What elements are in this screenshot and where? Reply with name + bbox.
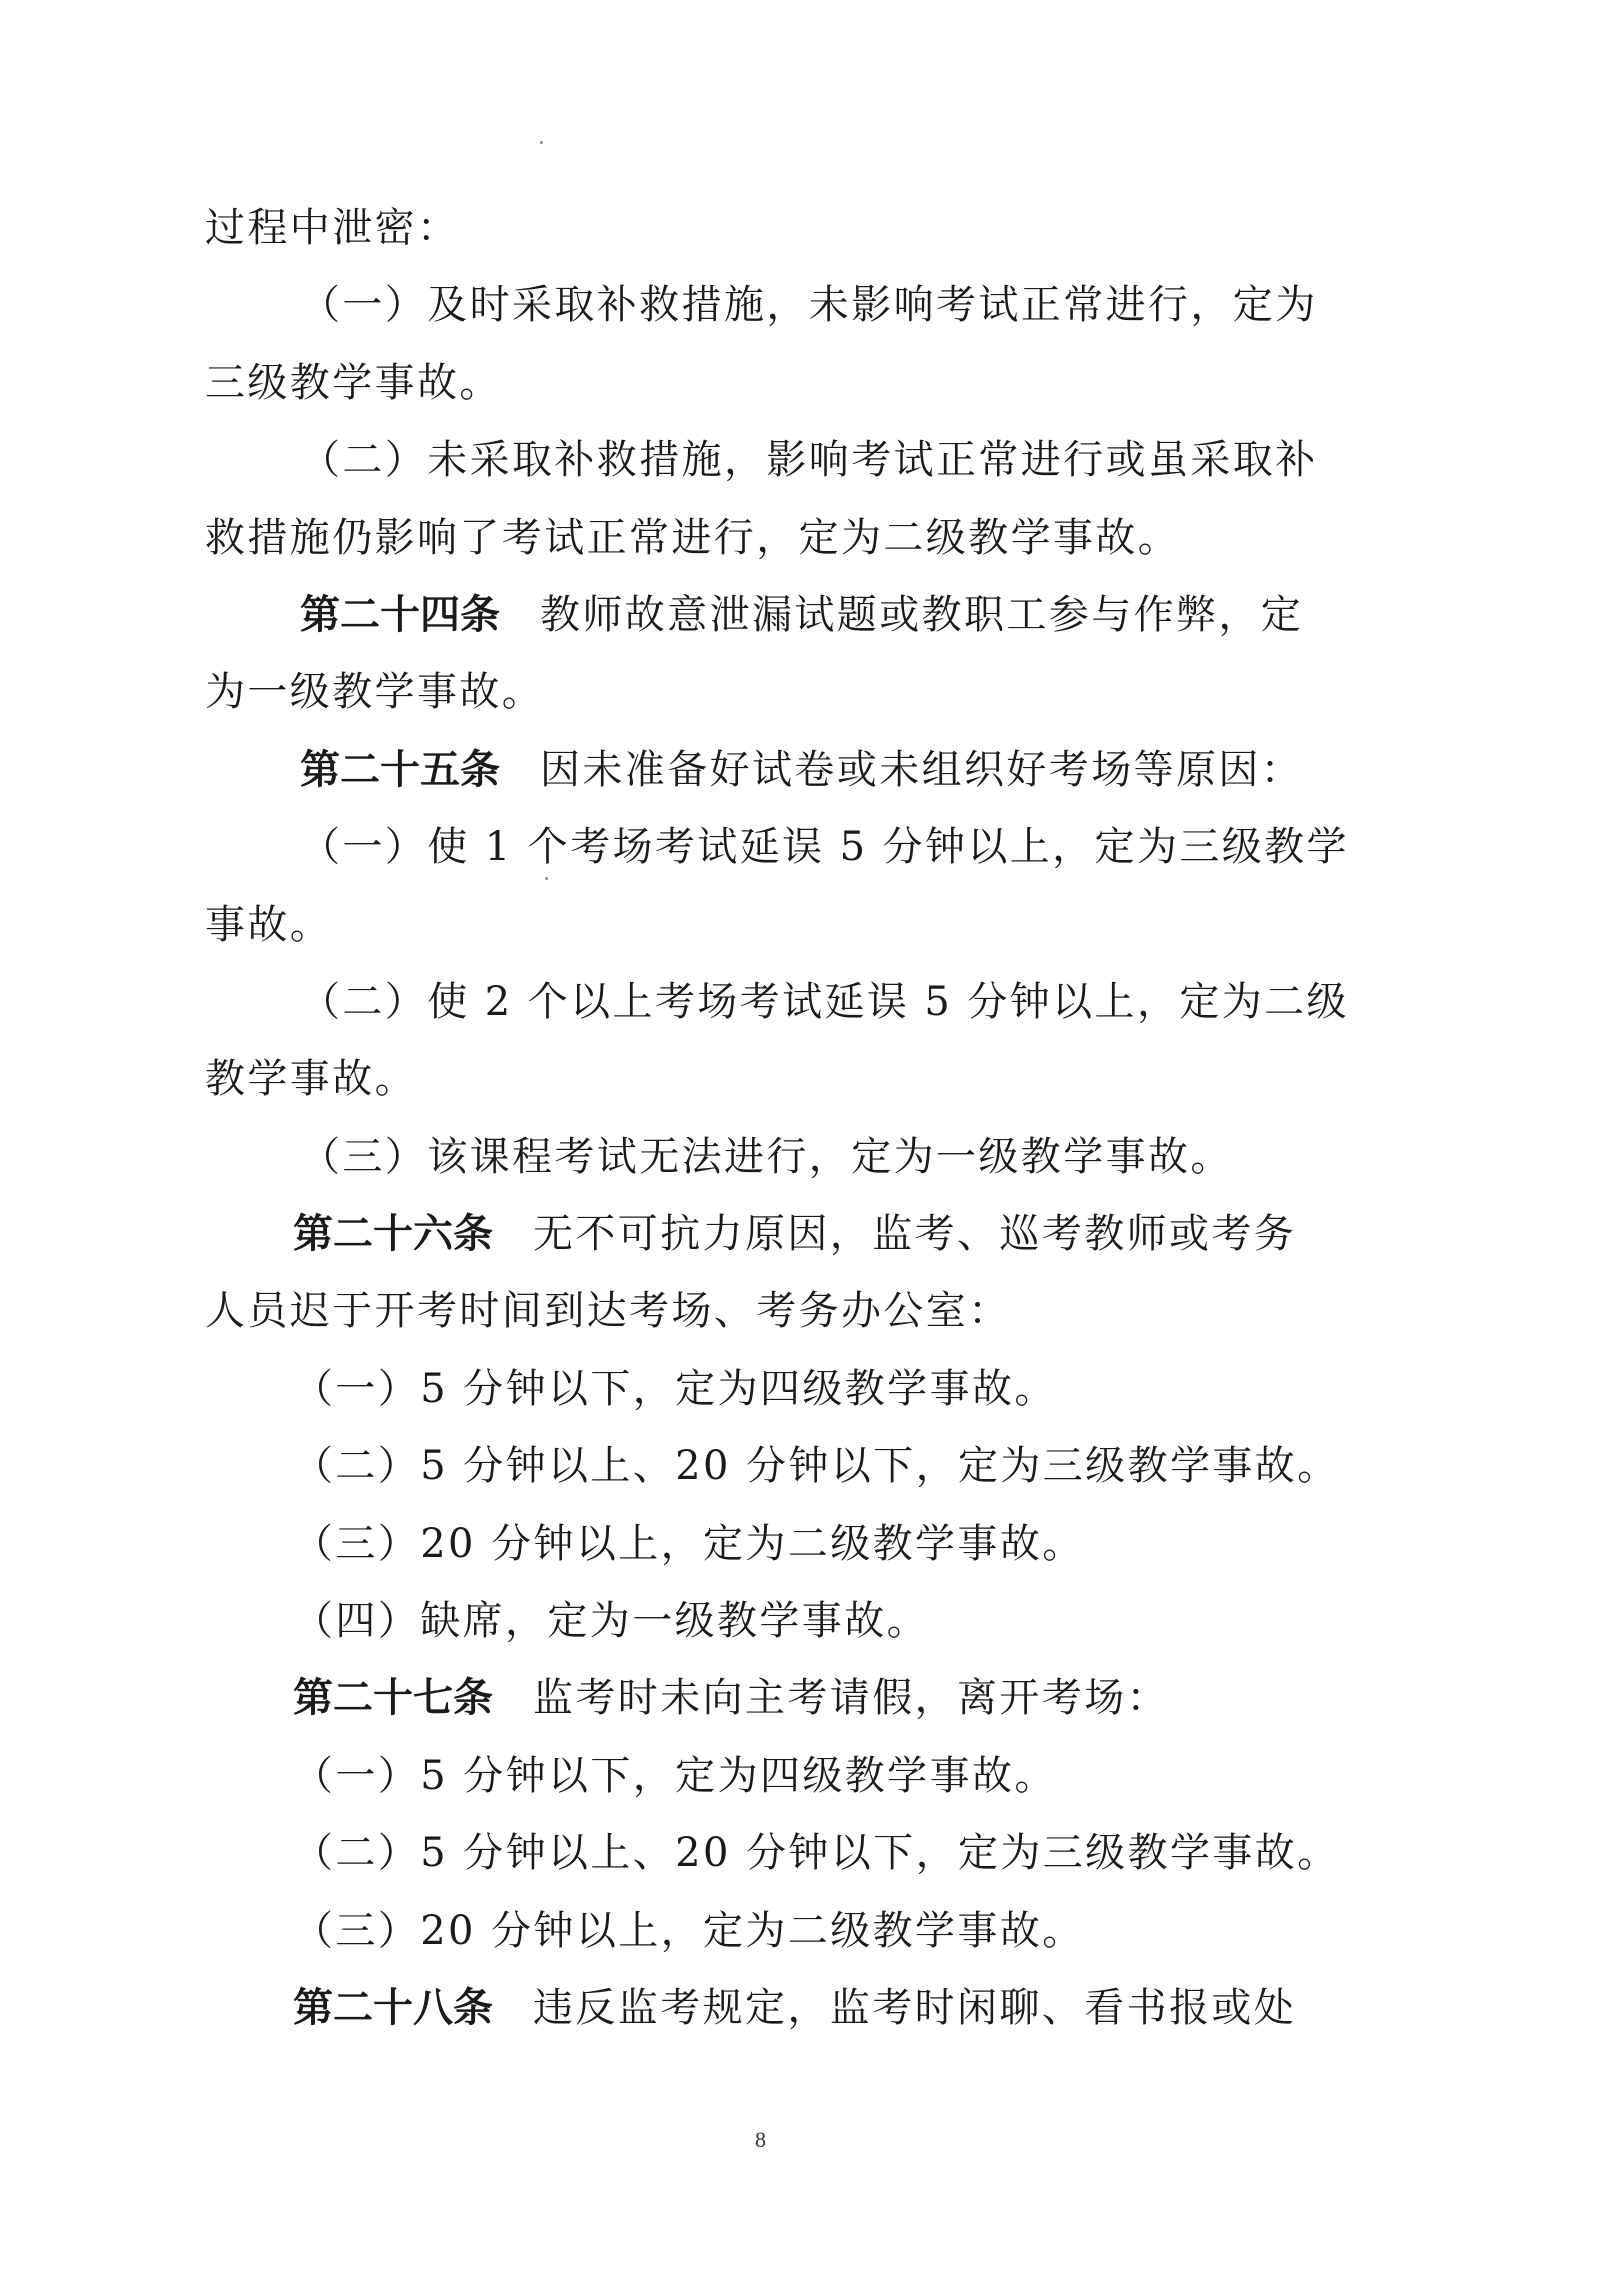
clause-item: （二）使 2 个以上考场考试延误 5 分钟以上，定为二级 — [205, 964, 1355, 1041]
article-number: 第二十六条 — [293, 1211, 493, 1257]
article-text: 违反监考规定，监考时闲聊、看书报或处 — [533, 1985, 1296, 2031]
article-25: 第二十五条因未准备好试卷或未组织好考场等原因： — [205, 732, 1355, 809]
article-26: 第二十六条无不可抗力原因，监考、巡考教师或考务 — [205, 1196, 1355, 1273]
paragraph-line: （一）及时采取补救措施，未影响考试正常进行，定为 — [205, 267, 1355, 344]
clause-item: （一）使 1 个考场考试延误 5 分钟以上，定为三级教学 — [205, 809, 1355, 886]
clause-item: （四）缺席，定为一级教学事故。 — [205, 1583, 1355, 1660]
paragraph-line: 为一级教学事故。 — [205, 654, 1355, 731]
clause-item: （二）5 分钟以上、20 分钟以下，定为三级教学事故。 — [205, 1815, 1355, 1892]
document-page: 过程中泄密： （一）及时采取补救措施，未影响考试正常进行，定为 三级教学事故。 … — [0, 0, 1605, 2290]
paragraph-line: 事故。 — [205, 887, 1355, 964]
article-text: 监考时未向主考请假，离开考场： — [533, 1675, 1169, 1721]
clause-item: （三）该课程考试无法进行，定为一级教学事故。 — [205, 1119, 1355, 1196]
article-27: 第二十七条监考时未向主考请假，离开考场： — [205, 1660, 1355, 1737]
clause-item: （二）5 分钟以上、20 分钟以下，定为三级教学事故。 — [205, 1428, 1355, 1505]
article-28: 第二十八条违反监考规定，监考时闲聊、看书报或处 — [205, 1970, 1355, 2047]
article-24: 第二十四条教师故意泄漏试题或教职工参与作弊，定 — [205, 577, 1355, 654]
paragraph-line: 三级教学事故。 — [205, 345, 1355, 422]
clause-item: （三）20 分钟以上，定为二级教学事故。 — [205, 1893, 1355, 1970]
article-text: 无不可抗力原因，监考、巡考教师或考务 — [533, 1211, 1296, 1257]
page-number: 8 — [755, 2127, 766, 2153]
article-number: 第二十八条 — [293, 1985, 493, 2031]
document-body: 过程中泄密： （一）及时采取补救措施，未影响考试正常进行，定为 三级教学事故。 … — [205, 190, 1355, 2047]
clause-item: （一）5 分钟以下，定为四级教学事故。 — [205, 1738, 1355, 1815]
paragraph-line: 救措施仍影响了考试正常进行，定为二级教学事故。 — [205, 500, 1355, 577]
clause-item: （一）5 分钟以下，定为四级教学事故。 — [205, 1351, 1355, 1428]
article-text: 教师故意泄漏试题或教职工参与作弊，定 — [540, 592, 1303, 638]
article-text: 因未准备好试卷或未组织好考场等原因： — [540, 747, 1303, 793]
article-number: 第二十七条 — [293, 1675, 493, 1721]
clause-item: （三）20 分钟以上，定为二级教学事故。 — [205, 1506, 1355, 1583]
paragraph-line: 人员迟于开考时间到达考场、考务办公室： — [205, 1273, 1355, 1350]
paragraph-line: 过程中泄密： — [205, 190, 1355, 267]
article-number: 第二十五条 — [300, 747, 500, 793]
article-number: 第二十四条 — [300, 592, 500, 638]
paragraph-line: 教学事故。 — [205, 1041, 1355, 1118]
paragraph-line: （二）未采取补救措施，影响考试正常进行或虽采取补 — [205, 422, 1355, 499]
scan-artifact — [540, 141, 543, 144]
